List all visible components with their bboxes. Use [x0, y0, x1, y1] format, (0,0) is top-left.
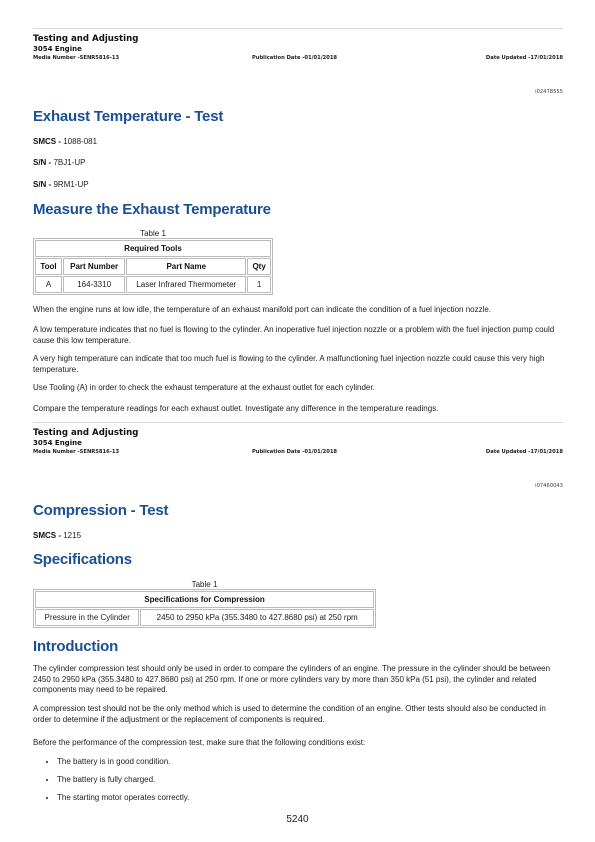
header-meta: Media Number -SENR5816-13 Publication Da… — [33, 448, 563, 457]
paragraph: A very high temperature can indicate tha… — [33, 354, 563, 375]
smcs-label: SMCS - — [33, 137, 61, 146]
publication-date: Publication Date -01/01/2018 — [252, 54, 337, 63]
smcs-code: SMCS - 1088-081 — [33, 137, 563, 146]
list-item: The starting motor operates correctly. — [57, 793, 587, 803]
media-number: Media Number -SENR5816-13 — [33, 54, 119, 63]
table-title: Specifications for Compression — [35, 591, 374, 608]
smcs-label: SMCS - — [33, 531, 61, 540]
publication-date: Publication Date -01/01/2018 — [252, 448, 337, 457]
page-number: 5240 — [0, 814, 595, 825]
table-cell: Pressure in the Cylinder — [35, 609, 139, 626]
header-subtitle: 3054 Engine — [33, 45, 563, 54]
header-title: Testing and Adjusting — [33, 34, 563, 45]
table-cell: 2450 to 2950 kPa (355.3480 to 427.8680 p… — [140, 609, 374, 626]
column-header: Tool — [35, 258, 62, 275]
specifications-table-wrap: Table 1 Specifications for Compression P… — [33, 580, 376, 628]
paragraph: Use Tooling (A) in order to check the ex… — [33, 383, 563, 394]
sn-label: S/N - — [33, 158, 51, 167]
paragraph: A low temperature indicates that no fuel… — [33, 325, 563, 346]
document-header: Testing and Adjusting 3054 Engine Media … — [33, 34, 563, 63]
sn-value: 7BJ1-UP — [53, 158, 85, 167]
paragraph: A compression test should not be the onl… — [33, 704, 563, 725]
smcs-value: 1215 — [63, 531, 81, 540]
serial-number: S/N - 9RM1-UP — [33, 180, 563, 189]
specifications-table: Specifications for Compression Pressure … — [33, 589, 376, 628]
date-updated: Date Updated -17/01/2018 — [486, 54, 563, 63]
header-divider — [33, 28, 563, 29]
page-title: Exhaust Temperature - Test — [33, 108, 563, 125]
section-heading: Introduction — [33, 638, 563, 655]
header-divider — [33, 422, 563, 423]
smcs-code: SMCS - 1215 — [33, 531, 563, 540]
serial-number: S/N - 7BJ1-UP — [33, 158, 563, 167]
table-caption: Table 1 — [33, 229, 273, 238]
table-cell: A — [35, 276, 62, 293]
paragraph: When the engine runs at low idle, the te… — [33, 305, 563, 316]
conditions-list: The battery is in good condition. The ba… — [33, 757, 587, 811]
page-title: Compression - Test — [33, 502, 563, 519]
sn-value: 9RM1-UP — [53, 180, 88, 189]
list-item: The battery is in good condition. — [57, 757, 587, 767]
column-header: Part Name — [126, 258, 246, 275]
paragraph: Compare the temperature readings for eac… — [33, 404, 563, 415]
header-meta: Media Number -SENR5816-13 Publication Da… — [33, 54, 563, 63]
date-updated: Date Updated -17/01/2018 — [486, 448, 563, 457]
required-tools-table-wrap: Table 1 Required Tools Tool Part Number … — [33, 229, 273, 295]
column-header: Part Number — [63, 258, 125, 275]
column-header: Qty — [247, 258, 271, 275]
table-caption: Table 1 — [33, 580, 376, 589]
table-cell: 1 — [247, 276, 271, 293]
document-id: i02478555 — [33, 89, 563, 95]
section-heading: Specifications — [33, 551, 563, 568]
media-number: Media Number -SENR5816-13 — [33, 448, 119, 457]
sn-label: S/N - — [33, 180, 51, 189]
document-id: i07460043 — [33, 483, 563, 489]
header-title: Testing and Adjusting — [33, 428, 563, 439]
smcs-value: 1088-081 — [63, 137, 97, 146]
header-subtitle: 3054 Engine — [33, 439, 563, 448]
document-header: Testing and Adjusting 3054 Engine Media … — [33, 428, 563, 457]
table-cell: 164-3310 — [63, 276, 125, 293]
paragraph: Before the performance of the compressio… — [33, 738, 563, 749]
required-tools-table: Required Tools Tool Part Number Part Nam… — [33, 238, 273, 295]
table-title: Required Tools — [35, 240, 271, 257]
table-row: A 164-3310 Laser Infrared Thermometer 1 — [35, 276, 271, 293]
section-heading: Measure the Exhaust Temperature — [33, 201, 563, 218]
list-item: The battery is fully charged. — [57, 775, 587, 785]
paragraph: The cylinder compression test should onl… — [33, 664, 563, 696]
table-cell: Laser Infrared Thermometer — [126, 276, 246, 293]
table-row: Pressure in the Cylinder 2450 to 2950 kP… — [35, 609, 374, 626]
